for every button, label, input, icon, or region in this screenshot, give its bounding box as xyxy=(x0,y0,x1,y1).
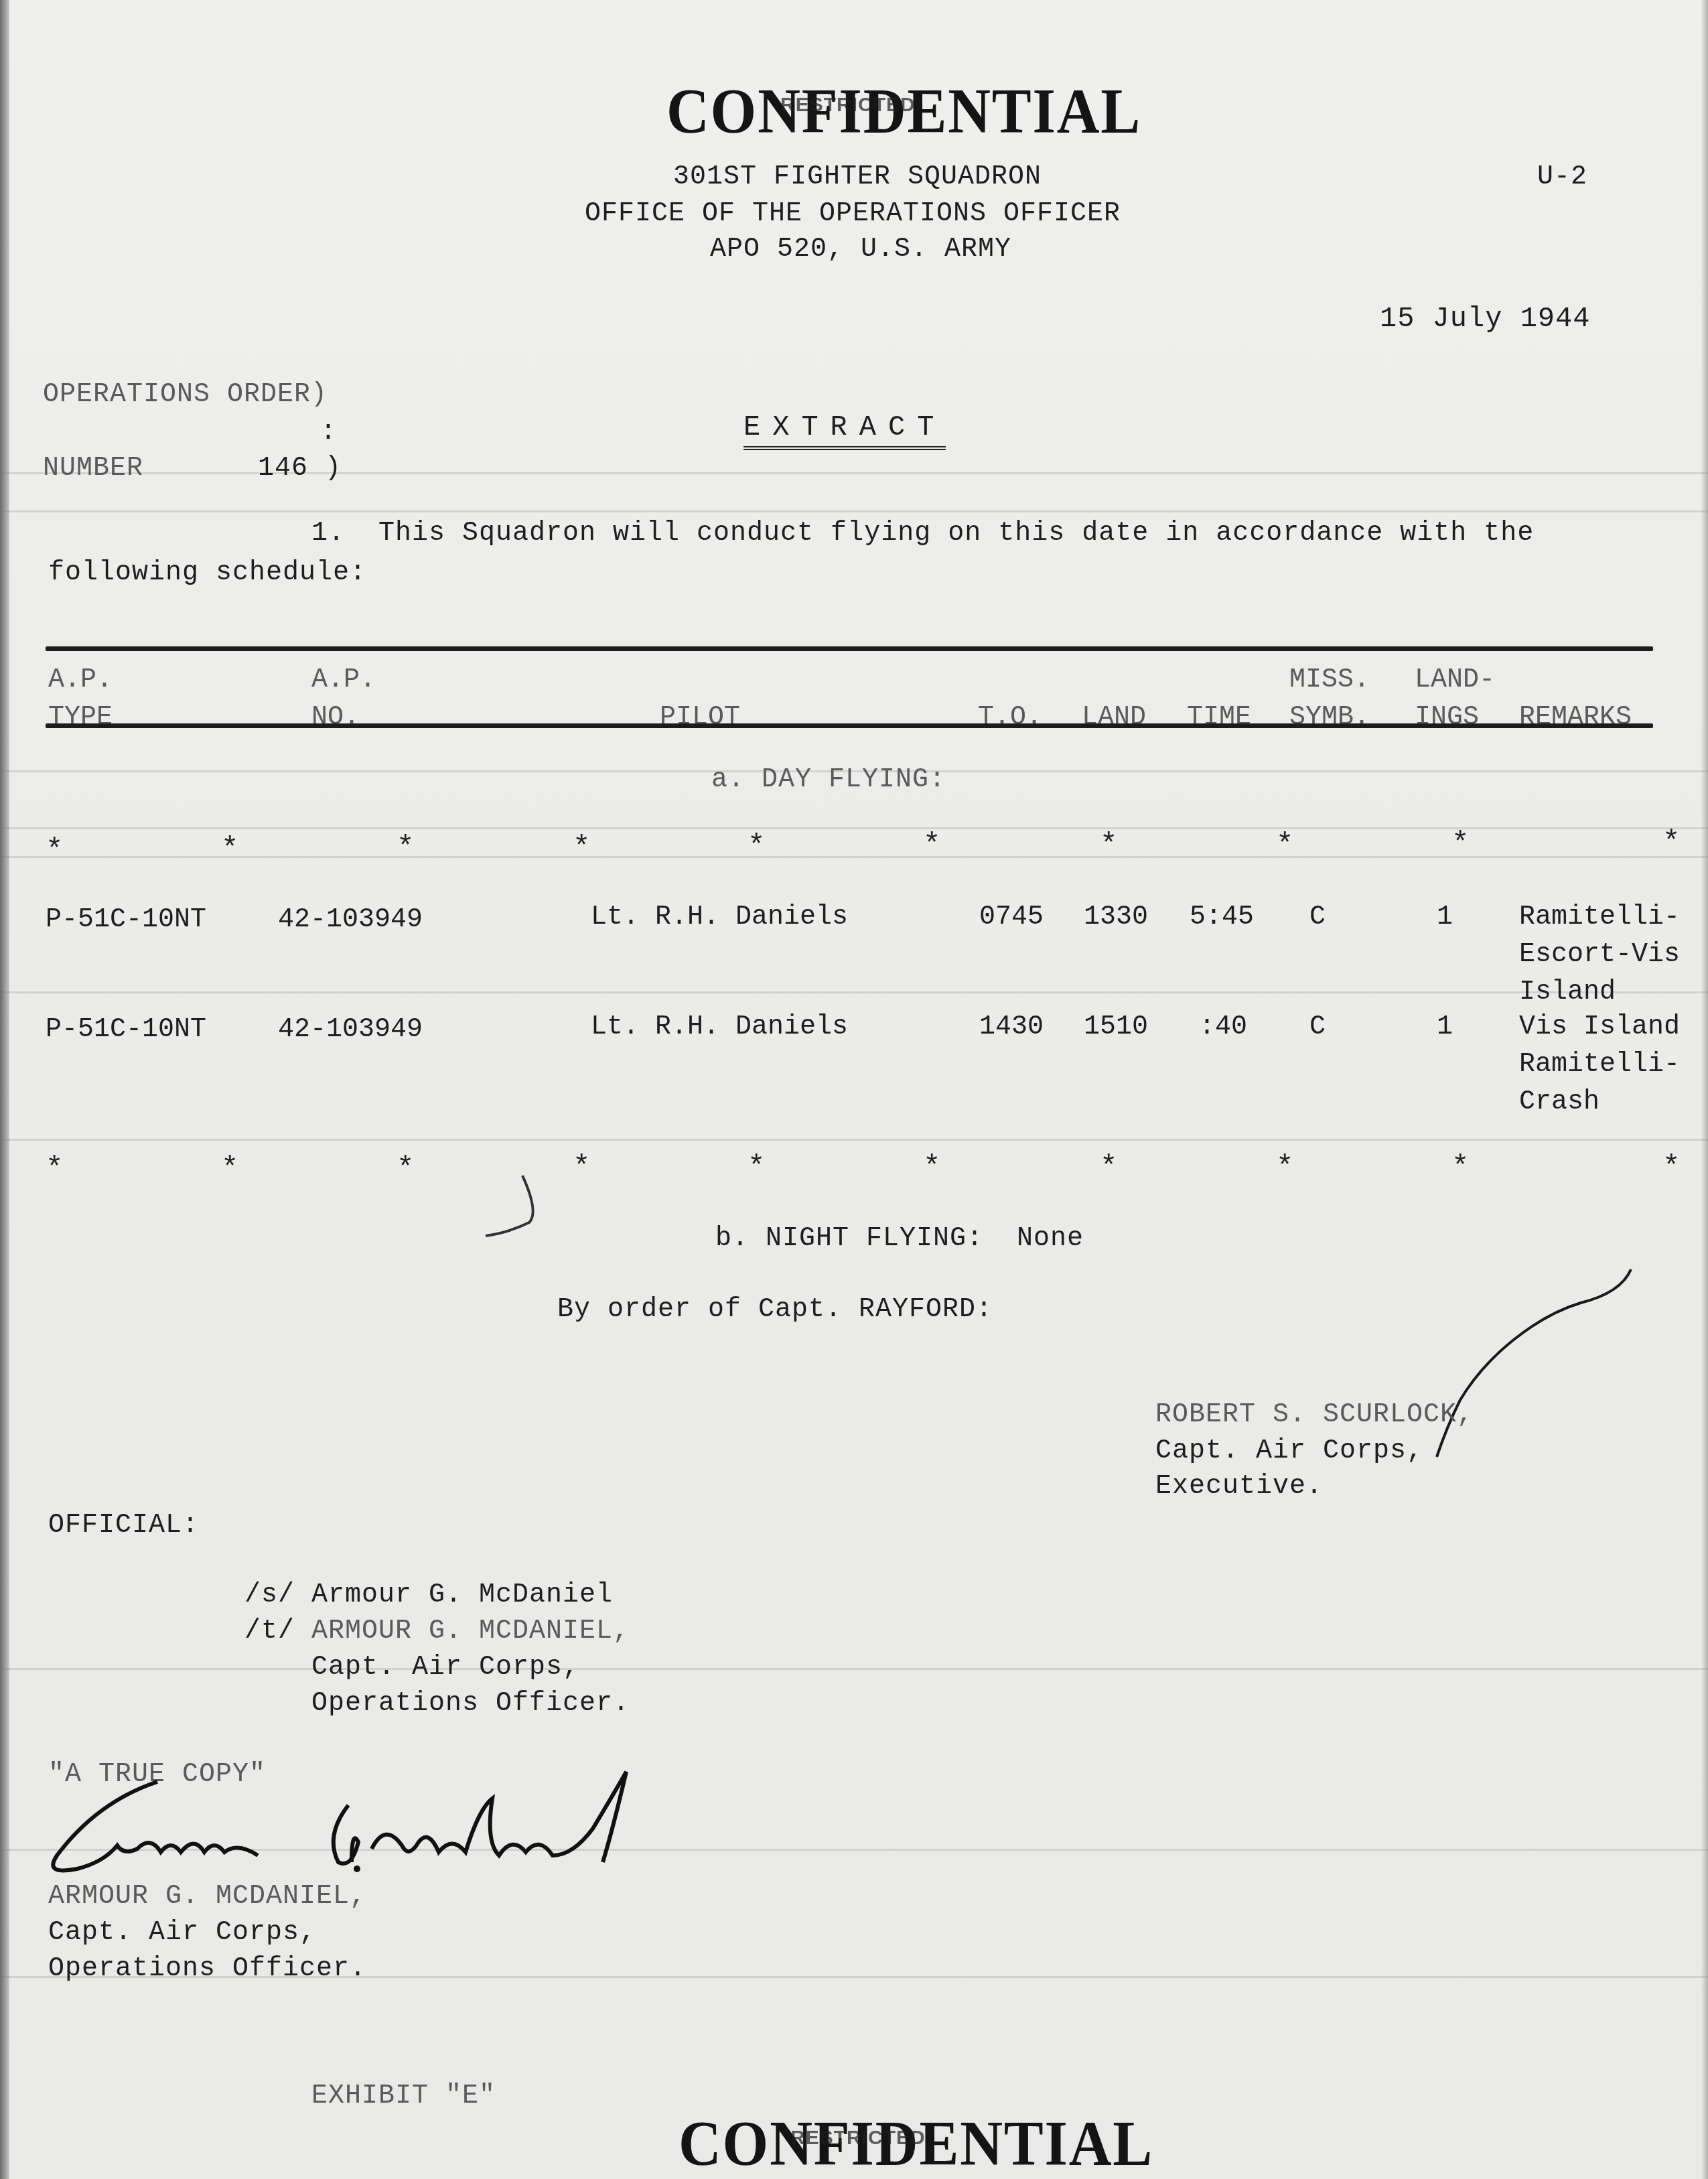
order-label: OPERATIONS ORDER) xyxy=(43,382,328,409)
document-date: 15 July 1944 xyxy=(1380,305,1590,333)
cell-takeoff: 1430 xyxy=(979,1009,1044,1046)
cell-land: 1510 xyxy=(1084,1009,1148,1046)
header-pilot: PILOT xyxy=(660,699,740,737)
scan-line xyxy=(0,510,1708,512)
separator-star: * xyxy=(573,1151,590,1184)
true-copy-title: Operations Officer. xyxy=(48,1956,366,1983)
signed-name: Armour G. McDaniel xyxy=(311,1582,613,1609)
unit-address: APO 520, U.S. ARMY xyxy=(710,236,1011,263)
official-rank: Capt. Air Corps, xyxy=(311,1655,579,1681)
true-copy-rank: Capt. Air Corps, xyxy=(48,1920,316,1947)
executive-title: Executive. xyxy=(1155,1474,1323,1500)
separator-star: * xyxy=(1276,829,1293,862)
signed-prefix: /s/ xyxy=(244,1582,295,1609)
typed-prefix: /t/ xyxy=(244,1618,295,1645)
exhibit-label: EXHIBIT "E" xyxy=(311,2083,496,2110)
cell-time: :40 xyxy=(1199,1009,1247,1046)
separator-star: * xyxy=(748,830,765,863)
header-time: TIME xyxy=(1187,699,1251,737)
separator-star: * xyxy=(397,831,414,865)
cell-remarks: Vis Island Ramitelli- Crash xyxy=(1519,1009,1680,1121)
table-top-rule xyxy=(46,646,1653,651)
separator-star: * xyxy=(1100,1151,1117,1184)
document-reference: U-2 xyxy=(1537,164,1587,191)
separator-star: * xyxy=(1451,827,1469,861)
cell-pilot: Lt. R.H. Daniels xyxy=(591,1009,848,1046)
scan-edge-left xyxy=(0,0,9,2179)
section-day-flying: a. DAY FLYING: xyxy=(711,767,946,794)
typed-name: ARMOUR G. MCDANIEL, xyxy=(311,1618,630,1645)
separator-star: * xyxy=(923,829,940,862)
separator-star: * xyxy=(221,833,238,866)
cell-ap-no: 42-103949 xyxy=(278,902,423,939)
paragraph-1-line-1: 1. This Squadron will conduct flying on … xyxy=(311,520,1534,547)
cell-takeoff: 0745 xyxy=(979,899,1044,936)
header-land: LAND xyxy=(1082,699,1146,737)
official-label: OFFICIAL: xyxy=(48,1513,199,1539)
separator-star: * xyxy=(1662,826,1680,859)
cell-ap-type: P-51C-10NT xyxy=(46,902,206,939)
order-colon: : xyxy=(320,419,337,446)
office-name: OFFICE OF THE OPERATIONS OFFICER xyxy=(585,201,1121,228)
separator-star: * xyxy=(221,1152,238,1186)
separator-star: * xyxy=(1451,1151,1469,1184)
separator-star: * xyxy=(923,1151,940,1184)
scan-line xyxy=(0,1668,1708,1670)
cell-time: 5:45 xyxy=(1190,899,1254,936)
header-remarks: REMARKS xyxy=(1519,699,1632,737)
table-header-rule xyxy=(46,723,1653,728)
handwritten-signature xyxy=(37,1768,653,1882)
separator-star: * xyxy=(1276,1151,1293,1184)
separator-star: * xyxy=(397,1152,414,1186)
document-page: CONFIDENTIAL RESTRICTED 301ST FIGHTER SQ… xyxy=(0,0,1708,2179)
overstamp-bottom: RESTRICTED xyxy=(790,2127,926,2150)
separator-star: * xyxy=(1662,1151,1680,1184)
paragraph-1-line-2: following schedule: xyxy=(48,560,366,587)
scan-line xyxy=(0,991,1708,993)
order-number: 146 ) xyxy=(258,455,342,482)
scan-line xyxy=(0,1139,1708,1141)
overstamp-top: RESTRICTED xyxy=(780,94,916,117)
extract-title: EXTRACT xyxy=(743,411,946,450)
cell-land: 1330 xyxy=(1084,899,1148,936)
cell-mission-symbol: C xyxy=(1309,1009,1326,1046)
by-order-line: By order of Capt. RAYFORD: xyxy=(557,1297,993,1324)
unit-name: 301ST FIGHTER SQUADRON xyxy=(673,164,1042,191)
cell-pilot: Lt. R.H. Daniels xyxy=(591,899,848,936)
separator-star: * xyxy=(46,834,63,867)
cell-remarks: Ramitelli- Escort-Vis Island xyxy=(1519,899,1680,1011)
true-copy-name: ARMOUR G. MCDANIEL, xyxy=(48,1884,366,1910)
cell-ap-no: 42-103949 xyxy=(278,1011,423,1049)
scan-edge-right xyxy=(1701,0,1708,2179)
cell-landings: 1 xyxy=(1437,899,1453,936)
separator-star: * xyxy=(46,1152,63,1186)
cell-ap-type: P-51C-10NT xyxy=(46,1011,206,1049)
scan-line xyxy=(0,472,1708,474)
executive-signature-stroke xyxy=(1400,1266,1641,1460)
order-number-label: NUMBER xyxy=(43,455,143,482)
cell-landings: 1 xyxy=(1437,1009,1453,1046)
official-title: Operations Officer. xyxy=(311,1691,630,1717)
pen-mark xyxy=(482,1172,556,1246)
separator-star: * xyxy=(748,1151,765,1184)
separator-star: * xyxy=(1100,829,1117,862)
header-takeoff: T.O. xyxy=(978,699,1042,737)
executive-rank: Capt. Air Corps, xyxy=(1155,1438,1423,1465)
executive-name: ROBERT S. SCURLOCK, xyxy=(1155,1402,1474,1429)
section-night-flying: b. NIGHT FLYING: None xyxy=(715,1226,1084,1253)
cell-mission-symbol: C xyxy=(1309,899,1326,936)
separator-star: * xyxy=(573,831,590,865)
